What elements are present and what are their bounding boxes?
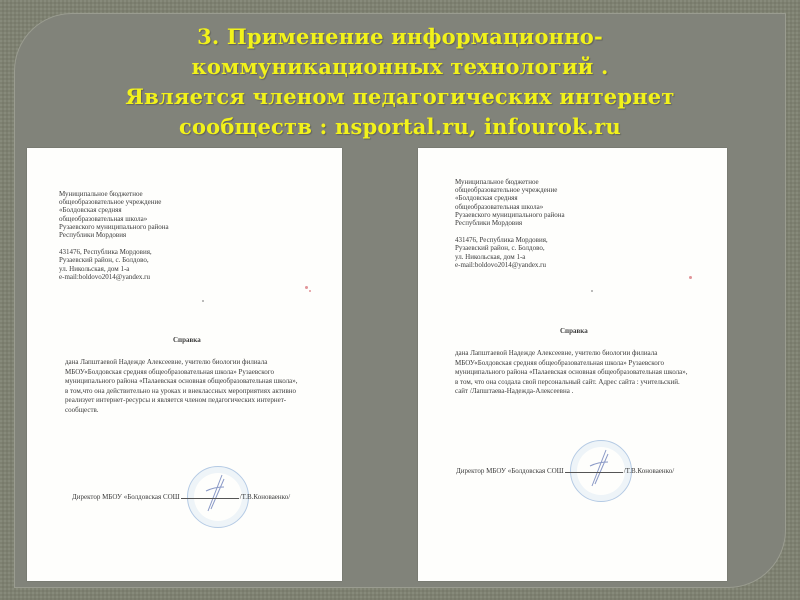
contact-line: 431476, Республика Мордовия, — [455, 236, 565, 244]
body-line: муниципального района «Палаевская основн… — [65, 377, 297, 387]
address-line: «Болдовская средняя — [455, 194, 565, 202]
contact-line: ул. Никольская, дом 1-а — [59, 265, 169, 273]
body-line: дана Лапштаевой Надежде Алексеевне, учит… — [455, 349, 687, 359]
address-line: общеобразовательное учреждение — [455, 186, 565, 194]
body-line: сообществ. — [65, 406, 297, 416]
address-line: Рузаевского муниципального района — [455, 211, 565, 219]
title-line-2: коммуникационных технологий . — [0, 52, 800, 82]
contact-line: e-mail:boldovo2014@yandex.ru — [59, 273, 169, 281]
signature-blank — [181, 498, 239, 499]
school-address-block: Муниципальное бюджетное общеобразователь… — [59, 190, 169, 281]
body-line: МБОУ«Болдовская средняя общеобразователь… — [455, 359, 687, 369]
certificate-document-left: Муниципальное бюджетное общеобразователь… — [27, 148, 342, 581]
body-line: в том, что она создала свой персональный… — [455, 378, 687, 388]
title-line-1: 3. Применение информационно- — [0, 22, 800, 52]
address-line: Муниципальное бюджетное — [59, 190, 169, 198]
red-ink-speck — [309, 290, 311, 292]
scan-speck — [202, 300, 204, 302]
certificate-heading: Справка — [560, 326, 588, 336]
director-signature-line: Директор МБОУ «Болдовская СОШ/Т.В.Конова… — [456, 466, 674, 476]
contact-line: Рузаевский район, с. Болдово, — [455, 244, 565, 252]
contact-line: e-mail:boldovo2014@yandex.ru — [455, 261, 565, 269]
address-line: общеобразовательная школа» — [455, 203, 565, 211]
contact-line: ул. Никольская, дом 1-а — [455, 253, 565, 261]
red-ink-speck — [689, 276, 692, 279]
address-line: общеобразовательное учреждение — [59, 198, 169, 206]
director-name: /Т.В.Коноваенко/ — [240, 493, 290, 501]
body-line: в том,что она действительно на уроках и … — [65, 387, 297, 397]
contact-line: Рузаевский район, с. Болдово, — [59, 256, 169, 264]
certificate-body: дана Лапштаевой Надежде Алексеевне, учит… — [455, 349, 687, 397]
certificate-document-right: Муниципальное бюджетное общеобразователь… — [418, 148, 727, 581]
director-title: Директор МБОУ «Болдовская СОШ — [456, 467, 564, 475]
body-line: муниципального района «Палаевская основн… — [455, 368, 687, 378]
director-title: Директор МБОУ «Болдовская СОШ — [72, 493, 180, 501]
red-ink-speck — [305, 286, 308, 289]
certificate-body: дана Лапштаевой Надежде Алексеевне, учит… — [65, 358, 297, 416]
certificate-heading: Справка — [173, 335, 201, 345]
title-line-3: Является членом педагогических интернет — [0, 82, 800, 112]
title-line-4: сообществ : nsportal.ru, infourok.ru — [0, 112, 800, 142]
signature-blank — [565, 472, 623, 473]
address-line: Республики Мордовия — [455, 219, 565, 227]
scan-speck — [591, 290, 593, 292]
body-line: дана Лапштаевой Надежде Алексеевне, учит… — [65, 358, 297, 368]
body-line: сайт /Лапштаева-Надежда-Алексеевна . — [455, 387, 687, 397]
address-line: «Болдовская средняя — [59, 206, 169, 214]
body-line: МБОУ«Болдовская средняя общеобразователь… — [65, 368, 297, 378]
address-line: Республики Мордовия — [59, 231, 169, 239]
director-name: /Т.В.Коноваенко/ — [624, 467, 674, 475]
address-line: общеобразовательная школа» — [59, 215, 169, 223]
contact-line: 431476, Республика Мордовия, — [59, 248, 169, 256]
body-line: реализует интернет-ресурсы и является чл… — [65, 396, 297, 406]
address-line: Рузаевского муниципального района — [59, 223, 169, 231]
director-signature-line: Директор МБОУ «Болдовская СОШ/Т.В.Конова… — [72, 492, 290, 502]
address-line: Муниципальное бюджетное — [455, 178, 565, 186]
slide-title: 3. Применение информационно- коммуникаци… — [0, 22, 800, 142]
school-address-block: Муниципальное бюджетное общеобразователь… — [455, 178, 565, 269]
